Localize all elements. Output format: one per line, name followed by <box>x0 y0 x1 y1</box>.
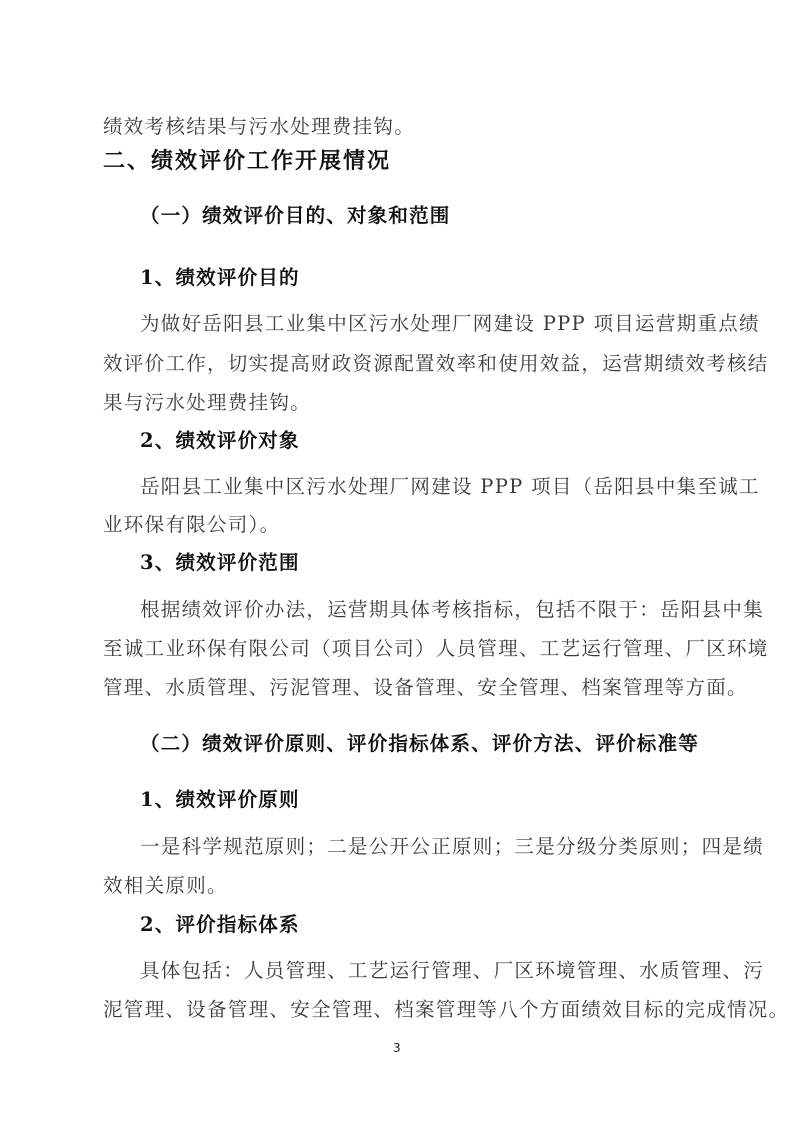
item-heading: 3、绩效评价范围 <box>140 553 300 573</box>
paragraph-line: 业环保有限公司）。 <box>103 515 280 535</box>
item-heading: 2、绩效评价对象 <box>140 431 300 451</box>
paragraph-line: 泥管理、设备管理、安全管理、档案管理等八个方面绩效目标的完成情况。 <box>103 1000 789 1020</box>
paragraph-line: 效相关原则。 <box>103 876 228 896</box>
paragraph-line: 至诚工业环保有限公司（项目公司）人员管理、工艺运行管理、厂区环境 <box>103 639 769 659</box>
paragraph-line: 为做好岳阳县工业集中区污水处理厂网建设 PPP 项目运营期重点绩 <box>140 314 760 334</box>
paragraph-line: 岳阳县工业集中区污水处理厂网建设 PPP 项目（岳阳县中集至诚工 <box>140 477 760 497</box>
paragraph-line: 果与污水处理费挂钩。 <box>103 393 311 413</box>
item-heading: 1、绩效评价目的 <box>140 268 300 288</box>
item-heading: 2、评价指标体系 <box>140 915 300 935</box>
paragraph-line: 绩效考核结果与污水处理费挂钩。 <box>103 117 415 137</box>
subsection-heading: （一）绩效评价目的、对象和范围 <box>140 206 451 226</box>
paragraph-line: 效评价工作，切实提高财政资源配置效率和使用效益，运营期绩效考核结 <box>103 354 769 374</box>
paragraph-line: 具体包括：人员管理、工艺运行管理、厂区环境管理、水质管理、污 <box>140 961 764 981</box>
page-number: 3 <box>393 1042 401 1054</box>
paragraph-line: 根据绩效评价办法，运营期具体考核指标，包括不限于：岳阳县中集 <box>140 600 764 620</box>
subsection-heading: （二）绩效评价原则、评价指标体系、评价方法、评价标准等 <box>140 734 699 754</box>
paragraph-line: 管理、水质管理、污泥管理、设备管理、安全管理、档案管理等方面。 <box>103 678 748 698</box>
item-heading: 1、绩效评价原则 <box>140 790 300 810</box>
paragraph-line: 一是科学规范原则；二是公开公正原则；三是分级分类原则；四是绩 <box>140 837 764 857</box>
section-heading: 二、绩效评价工作开展情况 <box>103 150 391 172</box>
